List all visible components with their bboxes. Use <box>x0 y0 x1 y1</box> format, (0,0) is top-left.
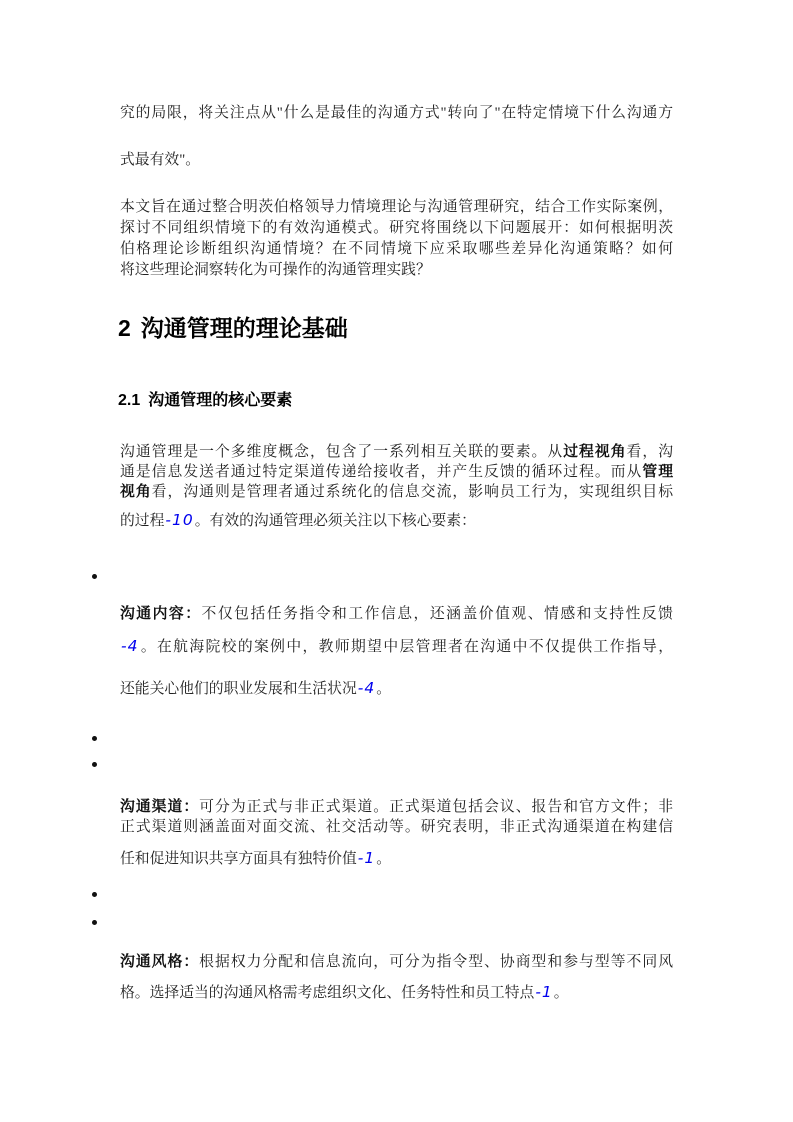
subsection-number: 2.1 <box>118 392 140 409</box>
bullet-marker <box>92 736 97 741</box>
bullet-marker <box>92 574 97 579</box>
text-run: 式最有效"。 <box>120 152 200 168</box>
paragraph-line: 本文旨在通过整合明茨伯格领导力情境理论与沟通管理研究，结合工作实际案例， <box>120 197 673 217</box>
text-run: 通是信息发送者通过特定渠道传递给接收者，并产生反馈的循环过程。而从 <box>120 464 642 480</box>
paragraph-line: 究的局限，将关注点从"什么是最佳的沟通方式"转向了"在特定情境下什么沟通方 <box>120 103 673 123</box>
bold-term: 管理 <box>642 464 673 480</box>
paragraph-line: 视角看，沟通则是管理者通过系统化的信息交流，影响员工行为，实现组织目标 <box>120 482 673 502</box>
paragraph-line: 还能关心他们的职业发展和生活状况-4。 <box>120 678 673 699</box>
bold-term: 视角 <box>120 484 152 500</box>
text-run: 可分为正式与非正式渠道。正式渠道包括会议、报告和官方文件；非 <box>199 799 673 815</box>
text-run: 伯格理论诊断组织沟通情境？在不同情境下应采取哪些差异化沟通策略？如何 <box>120 241 673 257</box>
text-run: 根据权力分配和信息流向，可分为指令型、协商型和参与型等不同风 <box>199 954 673 970</box>
text-run: 将这些理论洞察转化为可操作的沟通管理实践？ <box>120 262 431 278</box>
paragraph-line: 沟通风格：根据权力分配和信息流向，可分为指令型、协商型和参与型等不同风 <box>120 952 673 972</box>
document-page: 究的局限，将关注点从"什么是最佳的沟通方式"转向了"在特定情境下什么沟通方 式最… <box>0 0 793 1122</box>
bullet-marker <box>92 892 97 897</box>
citation-link[interactable]: -4 <box>121 637 138 655</box>
paragraph-line: 通是信息发送者通过特定渠道传递给接收者，并产生反馈的循环过程。而从管理 <box>120 462 673 482</box>
subsection-heading: 2.1沟通管理的核心要素 <box>118 391 292 411</box>
list-term: 沟通内容： <box>120 606 202 622</box>
paragraph-line: 探讨不同组织情境下的有效沟通模式。研究将围绕以下问题展开：如何根据明茨 <box>120 218 673 238</box>
text-run: 究的局限，将关注点从"什么是最佳的沟通方式"转向了"在特定情境下什么沟通方 <box>120 105 673 121</box>
text-run: 。有效的沟通管理必须关注以下核心要素： <box>195 513 476 529</box>
list-term: 沟通风格： <box>120 954 199 970</box>
text-run: 的过程 <box>120 513 164 529</box>
text-run: 正式渠道则涵盖面对面交流、社交活动等。研究表明，非正式沟通渠道在构建信 <box>120 819 673 835</box>
paragraph-line: 式最有效"。 <box>120 150 673 170</box>
citation-link[interactable]: -1 <box>358 849 375 867</box>
paragraph-line: 的过程-10。有效的沟通管理必须关注以下核心要素： <box>120 510 673 531</box>
citation-link[interactable]: -10 <box>165 511 193 529</box>
bullet-marker <box>92 920 97 925</box>
text-run: 看，沟 <box>627 444 673 460</box>
paragraph-line: 沟通内容：不仅包括任务指令和工作信息，还涵盖价值观、情感和支持性反馈 <box>120 604 673 624</box>
paragraph-line: -4。在航海院校的案例中，教师期望中层管理者在沟通中不仅提供工作指导， <box>120 636 673 657</box>
section-title: 沟通管理的理论基础 <box>141 315 348 341</box>
paragraph-line: 沟通渠道：可分为正式与非正式渠道。正式渠道包括会议、报告和官方文件；非 <box>120 797 673 817</box>
list-term: 沟通渠道： <box>120 799 199 815</box>
text-run: 。在航海院校的案例中，教师期望中层管理者在沟通中不仅提供工作指导， <box>139 639 673 655</box>
text-run: 格。选择适当的沟通风格需考虑组织文化、任务特性和员工特点 <box>120 985 534 1001</box>
text-run: 。 <box>376 681 391 697</box>
citation-link[interactable]: -4 <box>358 679 375 697</box>
subsection-title: 沟通管理的核心要素 <box>148 392 292 409</box>
paragraph-line: 格。选择适当的沟通风格需考虑组织文化、任务特性和员工特点-1。 <box>120 982 673 1003</box>
paragraph-line: 沟通管理是一个多维度概念，包含了一系列相互关联的要素。从过程视角看，沟 <box>120 442 673 462</box>
text-run: 沟通管理是一个多维度概念，包含了一系列相互关联的要素。从 <box>120 444 563 460</box>
section-heading: 2沟通管理的理论基础 <box>118 314 348 342</box>
text-run: 不仅包括任务指令和工作信息，还涵盖价值观、情感和支持性反馈 <box>202 606 673 622</box>
text-run: 还能关心他们的职业发展和生活状况 <box>120 681 357 697</box>
paragraph-line: 伯格理论诊断组织沟通情境？在不同情境下应采取哪些差异化沟通策略？如何 <box>120 239 673 259</box>
text-run: 探讨不同组织情境下的有效沟通模式。研究将围绕以下问题展开：如何根据明茨 <box>120 220 673 236</box>
text-run: 看，沟通则是管理者通过系统化的信息交流，影响员工行为，实现组织目标 <box>152 484 673 500</box>
text-run: 。 <box>554 985 569 1001</box>
citation-link[interactable]: -1 <box>535 983 552 1001</box>
text-run: 任和促进知识共享方面具有独特价值 <box>120 851 357 867</box>
paragraph-line: 将这些理论洞察转化为可操作的沟通管理实践？ <box>120 260 673 280</box>
bullet-marker <box>92 762 97 767</box>
text-run: 本文旨在通过整合明茨伯格领导力情境理论与沟通管理研究，结合工作实际案例， <box>120 199 673 215</box>
bold-term: 过程视角 <box>563 444 626 460</box>
paragraph-line: 正式渠道则涵盖面对面交流、社交活动等。研究表明，非正式沟通渠道在构建信 <box>120 817 673 837</box>
text-run: 。 <box>376 851 391 867</box>
paragraph-line: 任和促进知识共享方面具有独特价值-1。 <box>120 848 673 869</box>
section-number: 2 <box>118 315 131 341</box>
